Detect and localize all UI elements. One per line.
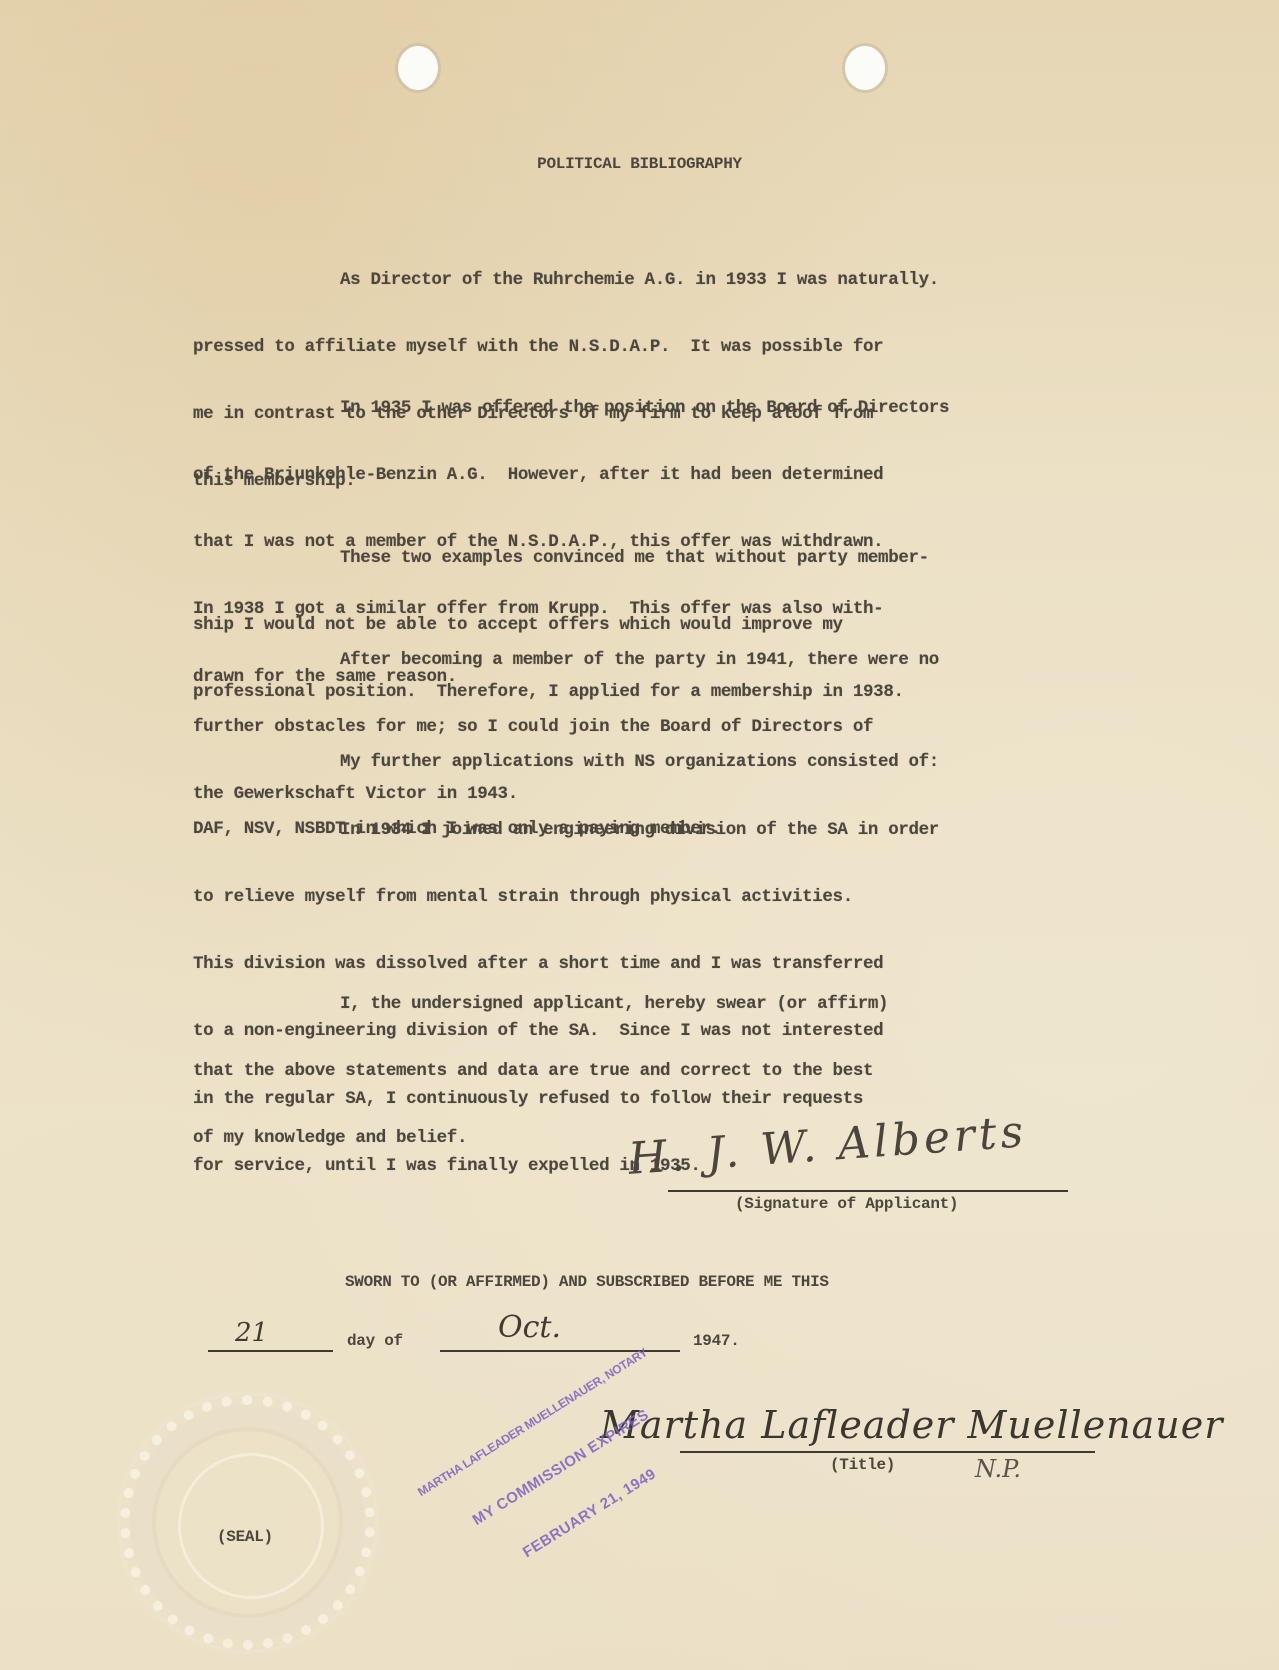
text-line: In 1935 I was offered the position on th… <box>193 397 949 419</box>
punch-hole-left <box>398 46 438 90</box>
notary-title-label: (Title) <box>830 1456 895 1474</box>
text-line: to relieve myself from mental strain thr… <box>193 886 939 908</box>
seal-inner-ring <box>178 1453 324 1599</box>
applicant-signature-line <box>668 1190 1068 1192</box>
oath-year: 1947. <box>693 1332 740 1350</box>
text-line: My further applications with NS organiza… <box>193 751 939 773</box>
text-line: After becoming a member of the party in … <box>193 649 939 671</box>
text-line: In 1934 I joined an engineering division… <box>193 819 939 841</box>
applicant-signature-label: (Signature of Applicant) <box>735 1195 958 1213</box>
text-line: that the above statements and data are t… <box>193 1060 888 1082</box>
oath-text: SWORN TO (OR AFFIRMED) AND SUBSCRIBED BE… <box>345 1273 829 1291</box>
text-line: As Director of the Ruhrchemie A.G. in 19… <box>193 269 939 291</box>
notary-title-handwritten: N.P. <box>975 1455 1021 1483</box>
oath-day-line <box>208 1350 333 1352</box>
text-line: of the Briunkohle-Benzin A.G. However, a… <box>193 464 949 486</box>
embossed-seal-icon <box>120 1395 375 1650</box>
oath-day-value: 21 <box>235 1318 268 1348</box>
notary-commission-stamp: MARTHA LAFLEADER MUELLENAUER, NOTARY MY … <box>395 1313 727 1623</box>
punch-hole-right <box>845 46 885 90</box>
oath-day-label: day of <box>347 1332 403 1350</box>
notary-signature-line <box>680 1451 1095 1453</box>
document-page: POLITICAL BIBLIOGRAPHY As Director of th… <box>0 0 1279 1670</box>
seal-label: (SEAL) <box>217 1528 273 1546</box>
text-line: These two examples convinced me that wit… <box>193 547 929 569</box>
text-line: I, the undersigned applicant, hereby swe… <box>193 993 888 1015</box>
document-title: POLITICAL BIBLIOGRAPHY <box>0 155 1279 173</box>
oath-month-value: Oct. <box>498 1310 561 1345</box>
